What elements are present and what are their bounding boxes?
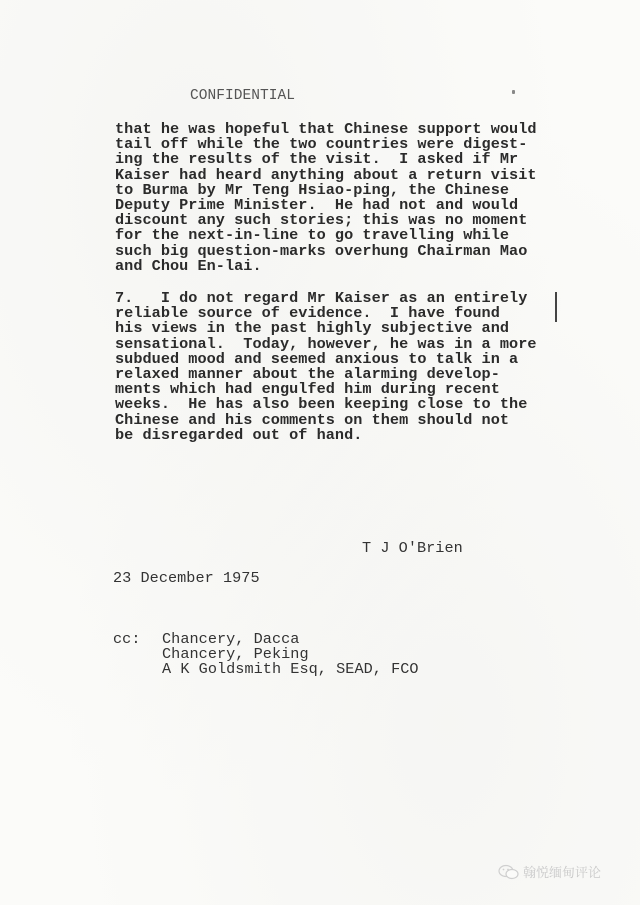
cc-recipients: Chancery, DaccaChancery, PekingA K Golds… <box>162 632 419 678</box>
paragraph-continued: that he was hopeful that Chinese support… <box>115 122 537 274</box>
confidential-header: CONFIDENTIAL <box>190 89 295 104</box>
document-page: CONFIDENTIAL that he was hopeful that Ch… <box>0 0 640 905</box>
paragraph-7: 7. I do not regard Mr Kaiser as an entir… <box>115 291 537 443</box>
watermark-text: 翰悦缅甸评论 <box>523 862 601 881</box>
margin-mark <box>555 292 557 322</box>
cc-recipient: A K Goldsmith Esq, SEAD, FCO <box>162 662 419 677</box>
ink-mark <box>512 90 515 94</box>
text-line: and Chou En-lai. <box>115 259 537 274</box>
cc-label: cc: <box>113 632 141 647</box>
text-line: be disregarded out of hand. <box>115 428 537 443</box>
wechat-icon <box>498 864 520 880</box>
signature: T J O'Brien <box>362 541 463 556</box>
date: 23 December 1975 <box>113 571 260 586</box>
watermark: 翰悦缅甸评论 <box>498 862 601 881</box>
